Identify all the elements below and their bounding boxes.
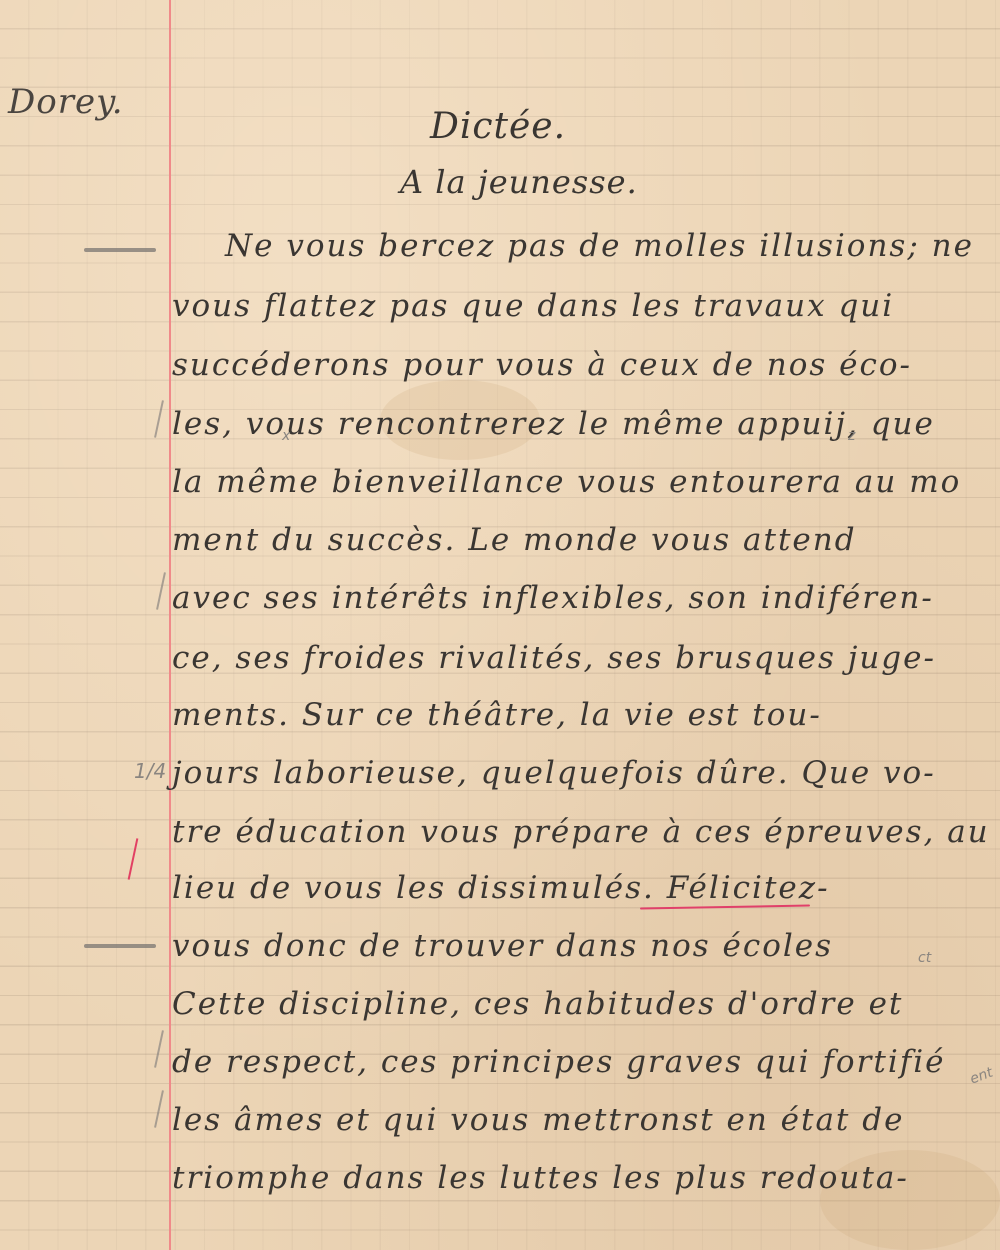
red-margin-error-tick: [128, 838, 139, 879]
margin-fraction-note: 1/4: [134, 760, 166, 782]
pencil-correction-note: ent: [968, 1065, 995, 1088]
red-margin-line: [169, 0, 171, 1250]
text-line: ments. Sur ce théâtre, la vie est tou-: [172, 697, 822, 733]
text-line: de respect, ces principes graves qui for…: [172, 1044, 945, 1080]
page-title: Dictée.: [430, 106, 566, 147]
pencil-correction-note: ct: [918, 950, 931, 966]
text-line: tre éducation vous prépare à ces épreuve…: [172, 814, 990, 850]
text-line: succéderons pour vous à ceux de nos éco-: [172, 347, 912, 383]
text-line: vous donc de trouver dans nos écoles: [172, 928, 833, 964]
text-line: ce, ses froides rivalités, ses brusques …: [172, 640, 936, 676]
pencil-paragraph-mark: [84, 944, 156, 948]
student-name: Dorey.: [8, 82, 124, 122]
text-line: avec ses intérêts inflexibles, son indif…: [172, 580, 934, 616]
text-line: triomphe dans les luttes les plus redout…: [172, 1160, 909, 1196]
text-line: jours laborieuse, quelquefois dûre. Que …: [172, 755, 936, 791]
margin-error-tick: [154, 1090, 164, 1128]
text-line: la même bienveillance vous entourera au …: [172, 464, 961, 500]
margin-error-tick: [154, 1030, 164, 1068]
text-line: les âmes et qui vous mettronst en état d…: [172, 1102, 904, 1138]
notebook-page: Dorey. Dictée. A la jeunesse. 1/4 Ne vou…: [0, 0, 1000, 1250]
margin-error-tick: [154, 400, 164, 438]
text-line: vous flattez pas que dans les travaux qu…: [172, 288, 894, 324]
pencil-correction-note: x: [282, 428, 290, 444]
pencil-paragraph-mark: [84, 248, 156, 252]
text-line: Cette discipline, ces habitudes d'ordre …: [172, 986, 903, 1022]
margin-error-tick: [156, 572, 166, 610]
text-line: ment du succès. Le monde vous attend: [172, 522, 857, 558]
text-line: lieu de vous les dissimulés. Félicitez-: [172, 870, 830, 906]
dictation-subtitle: A la jeunesse.: [400, 163, 638, 201]
pencil-correction-note: z: [848, 428, 855, 444]
text-line: Ne vous bercez pas de molles illusions; …: [225, 228, 974, 264]
